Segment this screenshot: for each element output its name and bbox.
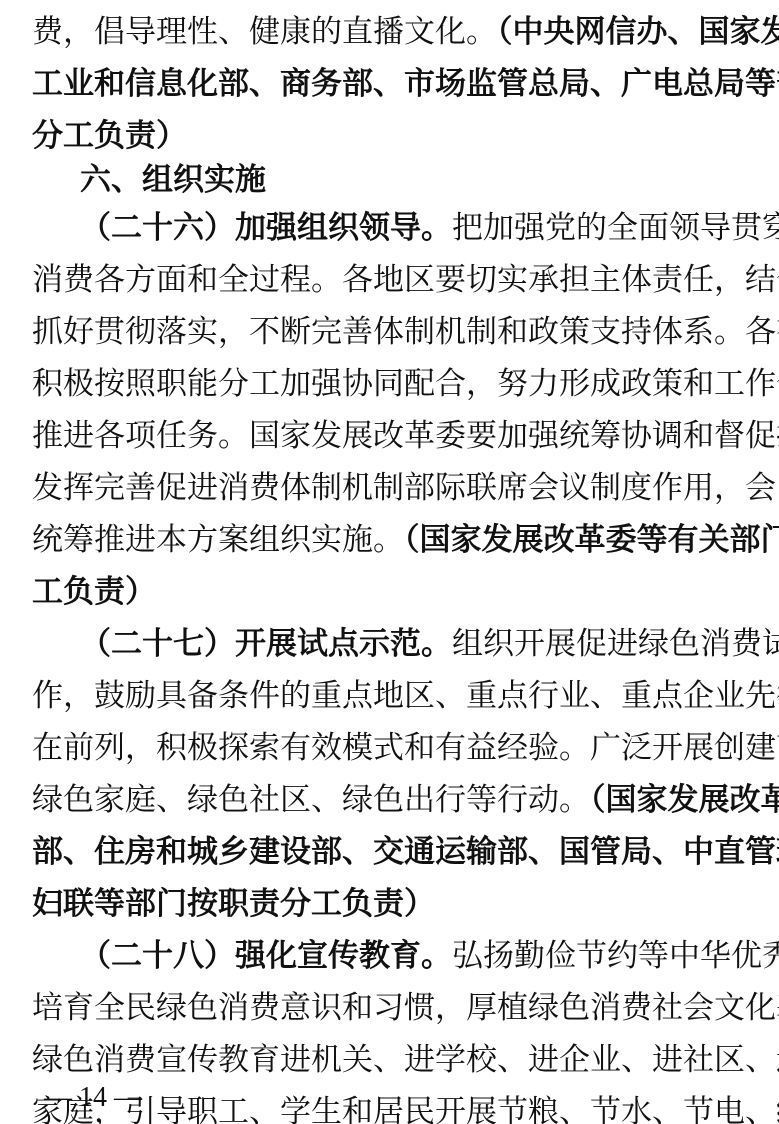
text-line: 工负责）	[32, 572, 754, 612]
text-segment: 发挥完善促进消费体制机制部际联席会议制度作用，会同相关部门	[32, 470, 779, 506]
text-segment: 六、组织实施	[80, 162, 266, 198]
text-segment: 组织开展促进绿色消费试点示范工	[452, 626, 779, 662]
text-line: 统筹推进本方案组织实施。（国家发展改革委等有关部门按职责分	[32, 520, 754, 560]
bold-text-segment: （二十七）	[80, 626, 235, 662]
text-segment: 作，鼓励具备条件的重点地区、重点行业、重点企业先行先试、走	[32, 678, 779, 714]
bold-text-segment: （国家发展改革委、民政	[590, 782, 779, 818]
text-line: 培育全民绿色消费意识和习惯，厚植绿色消费社会文化基础。推进	[32, 988, 754, 1028]
text-segment: 家庭，引导职工、学生和居民开展节粮、节水、节电、绿色出行、	[32, 1094, 779, 1124]
text-line: （二十八）强化宣传教育。弘扬勤俭节约等中华优秀传统文化，	[80, 936, 754, 976]
text-line: 在前列，积极探索有效模式和有益经验。广泛开展创建节约型机关、	[32, 728, 754, 768]
text-line: 积极按照职能分工加强协同配合，努力形成政策和工作合力，扎实	[32, 364, 754, 404]
bold-text-segment: 部、住房和城乡建设部、交通运输部、国管局、中直管理局、全国	[32, 834, 779, 870]
bold-text-segment: 分工负责）	[32, 118, 187, 154]
bold-text-segment: （二十六）	[80, 210, 235, 246]
page-number: — 14 —	[44, 1080, 142, 1116]
text-line: 分工负责）	[32, 116, 754, 156]
text-line: 费，倡导理性、健康的直播文化。（中央网信办、国家发展改革委、	[32, 12, 754, 52]
text-segment: 在前列，积极探索有效模式和有益经验。广泛开展创建节约型机关、	[32, 730, 779, 766]
text-segment: 弘扬勤俭节约等中华优秀传统文化，	[452, 938, 779, 974]
text-segment: 抓好贯彻落实，不断完善体制机制和政策支持体系。各有关部门要	[32, 314, 779, 350]
text-line: 妇联等部门按职责分工负责）	[32, 884, 754, 924]
text-segment: 费，倡导理性、健康的直播文化。	[32, 14, 497, 50]
bold-text-segment: （二十八）	[80, 938, 235, 974]
bold-text-segment: 加强组织领导。	[235, 210, 452, 246]
text-segment: 积极按照职能分工加强协同配合，努力形成政策和工作合力，扎实	[32, 366, 779, 402]
text-line: 抓好贯彻落实，不断完善体制机制和政策支持体系。各有关部门要	[32, 312, 754, 352]
text-line: 绿色家庭、绿色社区、绿色出行等行动。（国家发展改革委、民政	[32, 780, 754, 820]
document-page: 费，倡导理性、健康的直播文化。（中央网信办、国家发展改革委、工业和信息化部、商务…	[0, 0, 779, 1124]
text-segment: 培育全民绿色消费意识和习惯，厚植绿色消费社会文化基础。推进	[32, 990, 779, 1026]
text-line: 推进各项任务。国家发展改革委要加强统筹协调和督促指导，充分	[32, 416, 754, 456]
section-heading: 六、组织实施	[80, 160, 754, 200]
text-line: （二十七）开展试点示范。组织开展促进绿色消费试点示范工	[80, 624, 754, 664]
bold-text-segment: 工负责）	[32, 574, 156, 610]
text-line: 工业和信息化部、商务部、市场监管总局、广电总局等部门按职责	[32, 64, 754, 104]
text-segment: 把加强党的全面领导贯穿促进绿色	[452, 210, 779, 246]
text-segment: 统筹推进本方案组织实施。	[32, 522, 404, 558]
text-line: 作，鼓励具备条件的重点地区、重点行业、重点企业先行先试、走	[32, 676, 754, 716]
text-segment: 推进各项任务。国家发展改革委要加强统筹协调和督促指导，充分	[32, 418, 779, 454]
bold-text-segment: （国家发展改革委等有关部门按职责分	[404, 522, 779, 558]
text-segment: 绿色消费宣传教育进机关、进学校、进企业、进社区、进农村、进	[32, 1042, 779, 1078]
bold-text-segment: 强化宣传教育。	[235, 938, 452, 974]
text-line: 发挥完善促进消费体制机制部际联席会议制度作用，会同相关部门	[32, 468, 754, 508]
text-line: 部、住房和城乡建设部、交通运输部、国管局、中直管理局、全国	[32, 832, 754, 872]
text-segment: 绿色家庭、绿色社区、绿色出行等行动。	[32, 782, 590, 818]
text-line: 消费各方面和全过程。各地区要切实承担主体责任，结合实际抓紧	[32, 260, 754, 300]
bold-text-segment: 开展试点示范。	[235, 626, 452, 662]
bold-text-segment: 妇联等部门按职责分工负责）	[32, 886, 435, 922]
text-line: （二十六）加强组织领导。把加强党的全面领导贯穿促进绿色	[80, 208, 754, 248]
text-line: 绿色消费宣传教育进机关、进学校、进企业、进社区、进农村、进	[32, 1040, 754, 1080]
bold-text-segment: 工业和信息化部、商务部、市场监管总局、广电总局等部门按职责	[32, 66, 779, 102]
bold-text-segment: （中央网信办、国家发展改革委、	[497, 14, 779, 50]
text-segment: 消费各方面和全过程。各地区要切实承担主体责任，结合实际抓紧	[32, 262, 779, 298]
